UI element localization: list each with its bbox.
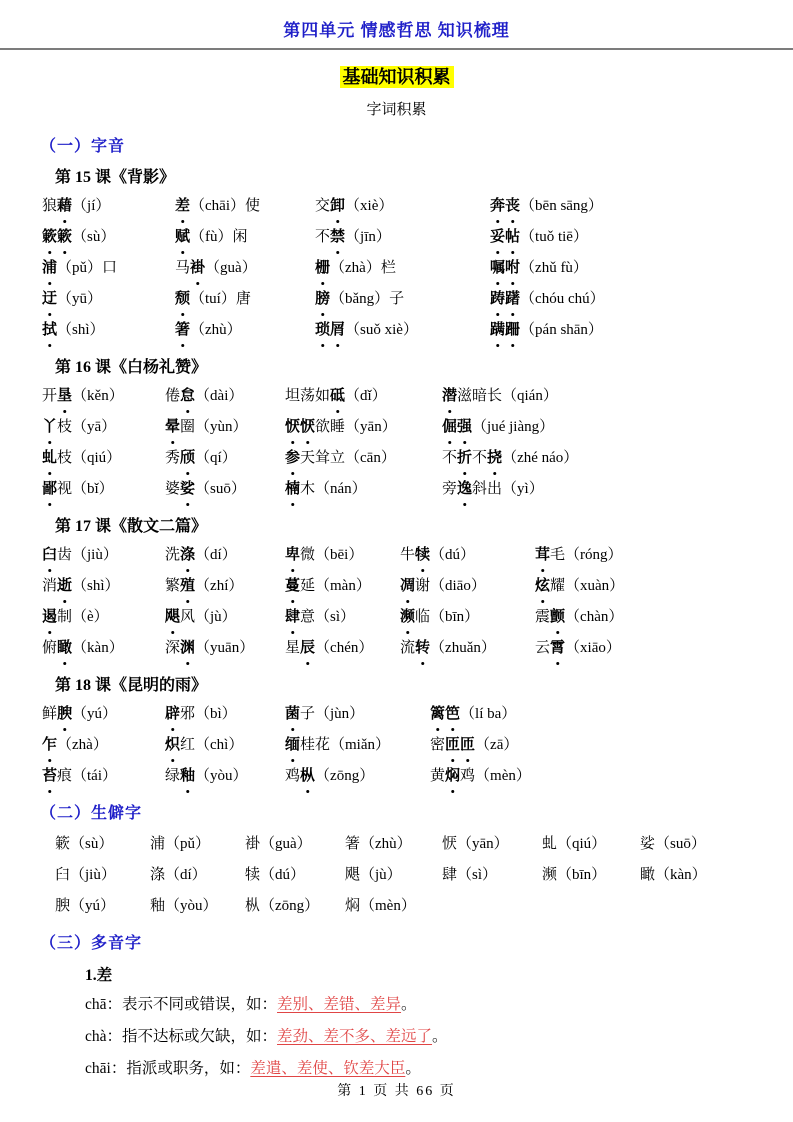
- word-row: 丫枝（yā）晕圈（yùn）恹恹欲睡（yān）倔强（jué jiàng）: [42, 412, 793, 443]
- word-entry: 缅桂花（miǎn）: [285, 730, 430, 761]
- word-entry: 鸡枞（zōng）: [285, 761, 430, 792]
- word-entry: 凋谢（diāo）: [400, 571, 535, 602]
- word-entry: 飓（jù）: [345, 860, 442, 891]
- pronunciation-definition: chā：表示不同或错误，如：: [85, 996, 277, 1013]
- word-entry: 踌躇（chóu chú）: [490, 284, 793, 315]
- emphasized-char: 丫: [42, 412, 57, 443]
- word-entry: 虬（qiú）: [542, 829, 640, 860]
- word-entry: 浦（pǔ）: [150, 829, 245, 860]
- emphasized-char: 肆: [285, 602, 300, 633]
- word-entry: 秀颀（qí）: [165, 443, 285, 474]
- word-row: 乍（zhà）炽红（chì）缅桂花（miǎn）密匝匝（zā）: [42, 730, 793, 761]
- word-row: 俯瞰（kàn）深渊（yuān）星辰（chén）流转（zhuǎn）云霄（xiāo）: [42, 633, 793, 664]
- word-entry: 妥帖（tuǒ tiē）: [490, 222, 793, 253]
- emphasized-char: 釉: [180, 761, 195, 792]
- word-entry: 飓风（jù）: [165, 602, 285, 633]
- word-entry: 臼（jiù）: [55, 860, 150, 891]
- word-entry: 差（chāi）使: [175, 191, 315, 222]
- word-entry: 濒（bīn）: [542, 860, 640, 891]
- emphasized-char: 差: [175, 191, 190, 222]
- emphasized-char: 褂: [190, 253, 205, 284]
- polyphonic-item-title: 1.差: [85, 963, 793, 985]
- word-row: 迂（yū）颓（tuí）唐膀（bǎng）子踌躇（chóu chú）: [42, 284, 793, 315]
- word-entry: 膀（bǎng）子: [315, 284, 490, 315]
- emphasized-char: 折: [457, 443, 472, 474]
- word-row: 拭（shì）箸（zhù）琐屑（suǒ xiè）蹒跚（pán shān）: [42, 315, 793, 346]
- word-entry: 深渊（yuān）: [165, 633, 285, 664]
- emphasized-char: 藉: [57, 191, 72, 222]
- page-number-footer: 第 1 页 共 66 页: [0, 1080, 793, 1100]
- document-header-title: 第四单元 情感哲思 知识梳理: [0, 16, 793, 41]
- word-entry: 坦荡如砥（dǐ）: [285, 381, 442, 412]
- word-entry: 恹恹欲睡（yān）: [285, 412, 442, 443]
- word-entry: 倔强（jué jiàng）: [442, 412, 793, 443]
- lesson-title: 第 18 课《昆明的雨》: [55, 672, 793, 695]
- subtitle: 字词积累: [0, 98, 793, 119]
- emphasized-char: 犊: [415, 540, 430, 571]
- emphasized-char: 帖: [505, 222, 520, 253]
- word-entry: 鲜腴（yú）: [42, 699, 165, 730]
- word-row: 消逝（shì）繁殖（zhí）蔓延（màn）凋谢（diāo）炫耀（xuàn）: [42, 571, 793, 602]
- word-entry: 牛犊（dú）: [400, 540, 535, 571]
- word-entry: 嘱咐（zhǔ fù）: [490, 253, 793, 284]
- emphasized-char: 蔓: [285, 571, 300, 602]
- word-row: 腴（yú）釉（yòu）枞（zōng）焖（mèn）: [55, 891, 793, 922]
- emphasized-char: 跚: [505, 315, 520, 346]
- emphasized-char: 炽: [165, 730, 180, 761]
- emphasized-char: 怠: [180, 381, 195, 412]
- word-entry: 娑（suō）: [640, 829, 793, 860]
- word-entry: 参天耸立（cān）: [285, 443, 442, 474]
- emphasized-char: 颓: [175, 284, 190, 315]
- word-entry: 繁殖（zhí）: [165, 571, 285, 602]
- word-entry: 交卸（xiè）: [315, 191, 490, 222]
- word-entry: 狼藉（jí）: [42, 191, 175, 222]
- word-row: 臼（jiù）涤（dí）犊（dú）飓（jù）肆（sì）濒（bīn）瞰（kàn）: [55, 860, 793, 891]
- emphasized-char: 颤: [550, 602, 565, 633]
- word-entry: 涤（dí）: [150, 860, 245, 891]
- emphasized-char: 卑: [285, 540, 300, 571]
- section-heading-pronunciation: （一）字音: [40, 133, 793, 156]
- word-entry: 绿釉（yòu）: [165, 761, 285, 792]
- word-entry: 簌簌（sù）: [42, 222, 175, 253]
- word-entry: 不禁（jīn）: [315, 222, 490, 253]
- word-entry: 枞（zōng）: [245, 891, 345, 922]
- word-row: 浦（pǔ）口马褂（guà）栅（zhà）栏嘱咐（zhǔ fù）: [42, 253, 793, 284]
- emphasized-char: 躇: [505, 284, 520, 315]
- emphasized-char: 膀: [315, 284, 330, 315]
- word-entry: 濒临（bīn）: [400, 602, 535, 633]
- emphasized-char: 屑: [330, 315, 345, 346]
- word-entry: 炫耀（xuàn）: [535, 571, 793, 602]
- emphasized-char: 苔: [42, 761, 57, 792]
- word-entry: 焖（mèn）: [345, 891, 442, 922]
- word-entry: 星辰（chén）: [285, 633, 400, 664]
- emphasized-char: 晕: [165, 412, 180, 443]
- emphasized-char: 强: [457, 412, 472, 443]
- emphasized-char: 拭: [42, 315, 57, 346]
- word-entry: 密匝匝（zā）: [430, 730, 793, 761]
- emphasized-char: 殖: [180, 571, 195, 602]
- document-page: 第四单元 情感哲思 知识梳理 基础知识积累 字词积累 （一）字音 第 15 课《…: [0, 0, 793, 1122]
- word-entry: 黄焖鸡（mèn）: [430, 761, 793, 792]
- word-entry: 瞰（kàn）: [640, 860, 793, 891]
- example-words: 差劲、差不多、差远了: [277, 1028, 432, 1045]
- word-entry: 菌子（jùn）: [285, 699, 430, 730]
- word-entry: 马褂（guà）: [175, 253, 315, 284]
- word-entry: 迂（yū）: [42, 284, 175, 315]
- emphasized-char: 转: [415, 633, 430, 664]
- word-row: 虬枝（qiú）秀颀（qí）参天耸立（cān）不折不挠（zhé náo）: [42, 443, 793, 474]
- emphasized-char: 楠: [285, 474, 300, 505]
- emphasized-char: 赋: [175, 222, 190, 253]
- emphasized-char: 臼: [42, 540, 57, 571]
- lesson-title: 第 17 课《散文二篇》: [55, 513, 793, 536]
- word-row: 簌（sù）浦（pǔ）褂（guà）箸（zhù）恹（yān）虬（qiú）娑（suō）: [55, 829, 793, 860]
- emphasized-char: 丧: [505, 191, 520, 222]
- emphasized-char: 霄: [550, 633, 565, 664]
- emphasized-char: 奔: [490, 191, 505, 222]
- lesson-title: 第 15 课《背影》: [55, 164, 793, 187]
- word-entry: 箸（zhù）: [175, 315, 315, 346]
- word-entry: 肆（sì）: [442, 860, 542, 891]
- main-title-highlight: 基础知识积累: [340, 66, 454, 88]
- word-entry: 丫枝（yā）: [42, 412, 165, 443]
- rare-character-rows: 簌（sù）浦（pǔ）褂（guà）箸（zhù）恹（yān）虬（qiú）娑（suō）…: [0, 829, 793, 922]
- word-entry: 箸（zhù）: [345, 829, 442, 860]
- emphasized-char: 逸: [457, 474, 472, 505]
- emphasized-char: 焖: [445, 761, 460, 792]
- word-entry: 蔓延（màn）: [285, 571, 400, 602]
- word-entry: 消逝（shì）: [42, 571, 165, 602]
- main-title: 基础知识积累: [0, 63, 793, 89]
- word-entry: 鄙视（bǐ）: [42, 474, 165, 505]
- word-entry: 开垦（kěn）: [42, 381, 165, 412]
- emphasized-char: 虬: [42, 443, 57, 474]
- emphasized-char: 琐: [315, 315, 330, 346]
- word-entry: 恹（yān）: [442, 829, 542, 860]
- emphasized-char: 倔: [442, 412, 457, 443]
- word-entry: 蹒跚（pán shān）: [490, 315, 793, 346]
- word-entry: 拭（shì）: [42, 315, 175, 346]
- word-entry: 肆意（sì）: [285, 602, 400, 633]
- emphasized-char: 匝: [445, 730, 460, 761]
- word-entry: 琐屑（suǒ xiè）: [315, 315, 490, 346]
- word-row: 狼藉（jí）差（chāi）使交卸（xiè）奔丧（bēn sāng）: [42, 191, 793, 222]
- lesson-title: 第 16 课《白杨礼赞》: [55, 354, 793, 377]
- word-entry: 卑微（bēi）: [285, 540, 400, 571]
- word-row: 鄙视（bǐ）婆娑（suō）楠木（nán）旁逸斜出（yì）: [42, 474, 793, 505]
- word-entry: 云霄（xiāo）: [535, 633, 793, 664]
- word-entry: 不折不挠（zhé náo）: [442, 443, 793, 474]
- word-entry: 俯瞰（kàn）: [42, 633, 165, 664]
- word-entry: 苔痕（tái）: [42, 761, 165, 792]
- header-divider-line: [0, 48, 793, 50]
- word-entry: 腴（yú）: [55, 891, 150, 922]
- emphasized-char: 枞: [300, 761, 315, 792]
- word-row: 遏制（è）飓风（jù）肆意（sì）濒临（bīn）震颤（chàn）: [42, 602, 793, 633]
- emphasized-char: 渊: [180, 633, 195, 664]
- word-entry: 炽红（chì）: [165, 730, 285, 761]
- emphasized-char: 栅: [315, 253, 330, 284]
- example-words: 差别、差错、差异: [277, 996, 401, 1013]
- emphasized-char: 浦: [42, 253, 57, 284]
- word-entry: 楠木（nán）: [285, 474, 442, 505]
- word-entry: 栅（zhà）栏: [315, 253, 490, 284]
- word-entry: 簌（sù）: [55, 829, 150, 860]
- word-entry: 浦（pǔ）口: [42, 253, 175, 284]
- word-entry: 震颤（chàn）: [535, 602, 793, 633]
- word-row: 簌簌（sù）赋（fù）闲不禁（jīn）妥帖（tuǒ tiē）: [42, 222, 793, 253]
- emphasized-char: 遏: [42, 602, 57, 633]
- word-entry: 赋（fù）闲: [175, 222, 315, 253]
- emphasized-char: 笆: [445, 699, 460, 730]
- sentence-period: 。: [405, 1060, 421, 1077]
- emphasized-char: 禁: [330, 222, 345, 253]
- pronunciation-line: chà：指不达标或欠缺，如：差劲、差不多、差远了。: [85, 1021, 793, 1053]
- word-entry: 釉（yòu）: [150, 891, 245, 922]
- emphasized-char: 炫: [535, 571, 550, 602]
- emphasized-char: 乍: [42, 730, 57, 761]
- pronunciation-line: chā：表示不同或错误，如：差别、差错、差异。: [85, 989, 793, 1021]
- emphasized-char: 腴: [57, 699, 72, 730]
- emphasized-char: 匝: [460, 730, 475, 761]
- word-entry: 辟邪（bì）: [165, 699, 285, 730]
- emphasized-char: 咐: [505, 253, 520, 284]
- emphasized-char: 箸: [175, 315, 190, 346]
- emphasized-char: 参: [285, 443, 300, 474]
- emphasized-char: 挠: [487, 443, 502, 474]
- emphasized-char: 辰: [300, 633, 315, 664]
- emphasized-char: 凋: [400, 571, 415, 602]
- emphasized-char: 簌: [57, 222, 72, 253]
- word-entry: 茸毛（róng）: [535, 540, 793, 571]
- emphasized-char: 颀: [180, 443, 195, 474]
- word-row: 鲜腴（yú）辟邪（bì）菌子（jùn）篱笆（lí ba）: [42, 699, 793, 730]
- word-entry: 乍（zhà）: [42, 730, 165, 761]
- word-entry: 篱笆（lí ba）: [430, 699, 793, 730]
- emphasized-char: 蹒: [490, 315, 505, 346]
- word-entry: 颓（tuí）唐: [175, 284, 315, 315]
- emphasized-char: 茸: [535, 540, 550, 571]
- word-entry: 倦怠（dài）: [165, 381, 285, 412]
- pronunciation-lessons: 第 15 课《背影》狼藉（jí）差（chāi）使交卸（xiè）奔丧（bēn sā…: [0, 164, 793, 792]
- emphasized-char: 鄙: [42, 474, 57, 505]
- word-entry: 奔丧（bēn sāng）: [490, 191, 793, 222]
- word-row: 苔痕（tái）绿釉（yòu）鸡枞（zōng）黄焖鸡（mèn）: [42, 761, 793, 792]
- word-entry: 臼齿（jiù）: [42, 540, 165, 571]
- sentence-period: 。: [432, 1028, 448, 1045]
- section-heading-polyphonic-characters: （三）多音字: [40, 930, 793, 953]
- emphasized-char: 潜: [442, 381, 457, 412]
- emphasized-char: 簌: [42, 222, 57, 253]
- word-entry: 洗涤（dí）: [165, 540, 285, 571]
- emphasized-char: 飓: [165, 602, 180, 633]
- emphasized-char: 嘱: [490, 253, 505, 284]
- word-entry: 旁逸斜出（yì）: [442, 474, 793, 505]
- emphasized-char: 踌: [490, 284, 505, 315]
- emphasized-char: 砥: [330, 381, 345, 412]
- emphasized-char: 辟: [165, 699, 180, 730]
- example-words: 差遣、差使、钦差大臣: [250, 1060, 405, 1077]
- emphasized-char: 垦: [57, 381, 72, 412]
- word-entry: 婆娑（suō）: [165, 474, 285, 505]
- pronunciation-definition: chà：指不达标或欠缺，如：: [85, 1028, 277, 1045]
- section-heading-rare-characters: （二）生僻字: [40, 800, 793, 823]
- word-entry: 褂（guà）: [245, 829, 345, 860]
- word-entry: 犊（dú）: [245, 860, 345, 891]
- emphasized-char: 濒: [400, 602, 415, 633]
- polyphonic-lines: chā：表示不同或错误，如：差别、差错、差异。chà：指不达标或欠缺，如：差劲、…: [0, 989, 793, 1085]
- emphasized-char: 恹: [285, 412, 300, 443]
- word-entry: 晕圈（yùn）: [165, 412, 285, 443]
- emphasized-char: 妥: [490, 222, 505, 253]
- pronunciation-definition: chāi：指派或职务，如：: [85, 1060, 250, 1077]
- word-entry: 虬枝（qiú）: [42, 443, 165, 474]
- emphasized-char: 瞰: [57, 633, 72, 664]
- word-row: 臼齿（jiù）洗涤（dí）卑微（bēi）牛犊（dú）茸毛（róng）: [42, 540, 793, 571]
- emphasized-char: 逝: [57, 571, 72, 602]
- emphasized-char: 娑: [180, 474, 195, 505]
- emphasized-char: 菌: [285, 699, 300, 730]
- sentence-period: 。: [401, 996, 417, 1013]
- emphasized-char: 篱: [430, 699, 445, 730]
- word-row: 开垦（kěn）倦怠（dài）坦荡如砥（dǐ）潜滋暗长（qián）: [42, 381, 793, 412]
- emphasized-char: 迂: [42, 284, 57, 315]
- emphasized-char: 卸: [330, 191, 345, 222]
- emphasized-char: 缅: [285, 730, 300, 761]
- emphasized-char: 恹: [300, 412, 315, 443]
- word-entry: 遏制（è）: [42, 602, 165, 633]
- word-entry: 潜滋暗长（qián）: [442, 381, 793, 412]
- emphasized-char: 涤: [180, 540, 195, 571]
- word-entry: 流转（zhuǎn）: [400, 633, 535, 664]
